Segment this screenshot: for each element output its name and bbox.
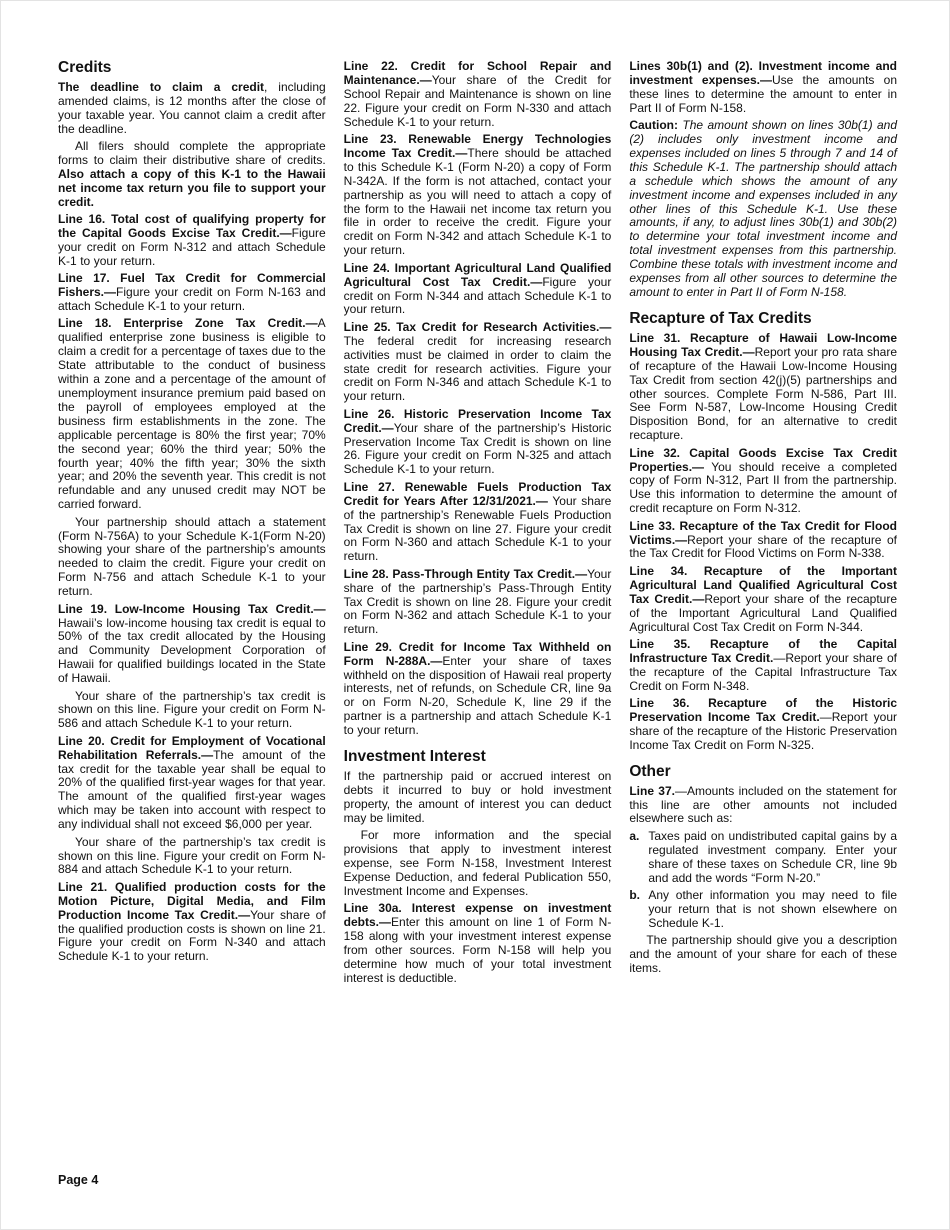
paragraph: Line 30a. Interest expense on investment…	[344, 902, 612, 985]
text-segment: If the partnership paid or accrued inter…	[344, 769, 612, 825]
paragraph: If the partnership paid or accrued inter…	[344, 770, 612, 826]
list-item: a.Taxes paid on undistributed capital ga…	[629, 830, 897, 886]
paragraph: Line 20. Credit for Employment of Vocati…	[58, 735, 326, 832]
paragraph: Line 26. Historic Preservation Income Ta…	[344, 408, 612, 478]
paragraph: Line 35. Recapture of the Capital Infras…	[629, 638, 897, 694]
paragraph: Line 27. Renewable Fuels Production Tax …	[344, 481, 612, 564]
paragraph: Line 23. Renewable Energy Technologies I…	[344, 133, 612, 258]
content-columns: CreditsThe deadline to claim a credit, i…	[58, 59, 897, 989]
text-segment: Caution:	[629, 118, 678, 132]
paragraph: Your share of the partnership’s tax cred…	[58, 690, 326, 732]
paragraph: Line 22. Credit for School Repair and Ma…	[344, 60, 612, 130]
paragraph: Line 18. Enterprise Zone Tax Credit.—A q…	[58, 317, 326, 512]
paragraph: For more information and the special pro…	[344, 829, 612, 899]
text-segment: The deadline to claim a credit	[58, 80, 264, 94]
text-segment: Line 16. Total cost of qualifying proper…	[58, 212, 326, 240]
paragraph: Line 37.—Amounts included on the stateme…	[629, 785, 897, 827]
paragraph: Line 36. Recapture of the Historic Prese…	[629, 697, 897, 753]
paragraph: Caution: The amount shown on lines 30b(1…	[629, 119, 897, 300]
text-segment: The partnership should give you a descri…	[629, 933, 897, 975]
paragraph: The deadline to claim a credit, includin…	[58, 81, 326, 137]
document-page: { "footer": { "page_label": "Page 4" }, …	[0, 0, 950, 1230]
text-segment: Hawaii’s low-income housing tax credit i…	[58, 616, 326, 686]
paragraph: Line 33. Recapture of the Tax Credit for…	[629, 520, 897, 562]
page-number: Page 4	[58, 1173, 98, 1187]
text-segment: Line 25. Tax Credit for Research Activit…	[344, 320, 612, 334]
text-segment: There should be attached to this Schedul…	[344, 146, 612, 257]
text-segment: Any other information you may need to fi…	[648, 888, 897, 930]
paragraph: Line 32. Capital Goods Excise Tax Credit…	[629, 447, 897, 517]
text-segment: Your partnership should attach a stateme…	[58, 515, 326, 599]
paragraph: The partnership should give you a descri…	[629, 934, 897, 976]
section-heading: Other	[629, 763, 897, 781]
text-segment: Line 28. Pass-Through Entity Tax Credit.…	[344, 567, 587, 581]
paragraph: Line 28. Pass-Through Entity Tax Credit.…	[344, 568, 612, 638]
column-2: Line 22. Credit for School Repair and Ma…	[344, 59, 612, 989]
paragraph: Line 21. Qualified production costs for …	[58, 881, 326, 964]
list-marker: a.	[629, 830, 639, 844]
text-segment: For more information and the special pro…	[344, 828, 612, 898]
paragraph: Line 19. Low-Income Housing Tax Credit.—…	[58, 603, 326, 686]
text-segment: Line 19. Low-Income Housing Tax Credit.—	[58, 602, 326, 616]
column-1: CreditsThe deadline to claim a credit, i…	[58, 59, 326, 989]
text-segment: All filers should complete the appropria…	[58, 139, 326, 167]
text-segment: Line 18. Enterprise Zone Tax Credit.—	[58, 316, 318, 330]
text-segment: Your share of the partnership’s tax cred…	[58, 689, 326, 731]
list-item: b.Any other information you may need to …	[629, 889, 897, 931]
page-footer: Page 4	[58, 1173, 98, 1187]
text-segment: Taxes paid on undistributed capital gain…	[648, 829, 897, 885]
section-heading: Investment Interest	[344, 748, 612, 766]
text-segment: Your share of the partnership’s tax cred…	[58, 835, 326, 877]
paragraph: Lines 30b(1) and (2). Investment income …	[629, 60, 897, 116]
column-3: Lines 30b(1) and (2). Investment income …	[629, 59, 897, 989]
section-heading: Recapture of Tax Credits	[629, 310, 897, 328]
text-segment: Line 37.	[629, 784, 675, 798]
paragraph: Line 17. Fuel Tax Credit for Commercial …	[58, 272, 326, 314]
text-segment: The federal credit for increasing resear…	[344, 334, 612, 404]
paragraph: Line 24. Important Agricultural Land Qua…	[344, 262, 612, 318]
paragraph: Line 25. Tax Credit for Research Activit…	[344, 321, 612, 404]
paragraph: Line 34. Recapture of the Important Agri…	[629, 565, 897, 635]
section-heading: Credits	[58, 59, 326, 77]
text-segment: The amount shown on lines 30b(1) and (2)…	[629, 118, 897, 299]
paragraph: Line 16. Total cost of qualifying proper…	[58, 213, 326, 269]
list-marker: b.	[629, 889, 640, 903]
paragraph: Line 31. Recapture of Hawaii Low-Income …	[629, 332, 897, 443]
text-segment: A qualified enterprise zone business is …	[58, 316, 326, 511]
text-segment: Report your pro rata share of recapture …	[629, 345, 897, 442]
paragraph: Your share of the partnership’s tax cred…	[58, 836, 326, 878]
text-segment: Also attach a copy of this K-1 to the Ha…	[58, 167, 326, 209]
paragraph: Line 29. Credit for Income Tax Withheld …	[344, 641, 612, 738]
paragraph: Your partnership should attach a stateme…	[58, 516, 326, 599]
paragraph: All filers should complete the appropria…	[58, 140, 326, 210]
